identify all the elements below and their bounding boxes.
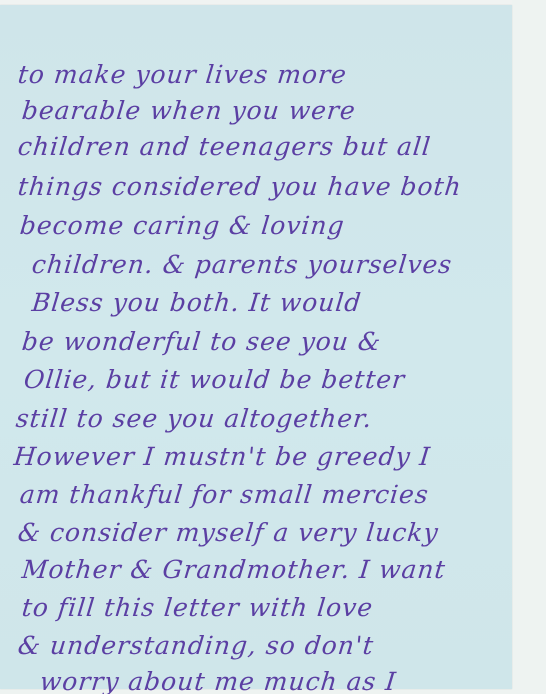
scan-border (512, 0, 546, 694)
letter-line: be wonderful to see you & (20, 327, 382, 356)
letter-line: am thankful for small mercies (18, 480, 430, 509)
letter-line: & understanding, so don't (16, 631, 375, 660)
letter-line: things considered you have both (16, 172, 463, 201)
letter-line: still to see you altogether. (14, 404, 373, 433)
letter-line: children. & parents yourselves (30, 250, 453, 279)
letter-line: to fill this letter with love (20, 593, 374, 622)
letter-line: bearable when you were (20, 96, 357, 125)
letter-line: to make your lives more (16, 60, 348, 89)
letter-line: worry about me much as I (38, 667, 397, 694)
letter-line: However I mustn't be greedy I (12, 442, 432, 471)
letter-line: Ollie, but it would be better (22, 365, 406, 394)
letter-page: to make your lives more bearable when yo… (0, 5, 512, 689)
letter-line: children and teenagers but all (16, 132, 432, 161)
letter-line: & consider myself a very lucky (16, 518, 440, 547)
letter-line: Mother & Grandmother. I want (20, 555, 447, 584)
letter-line: Bless you both. It would (30, 288, 363, 317)
letter-line: become caring & loving (18, 211, 346, 240)
